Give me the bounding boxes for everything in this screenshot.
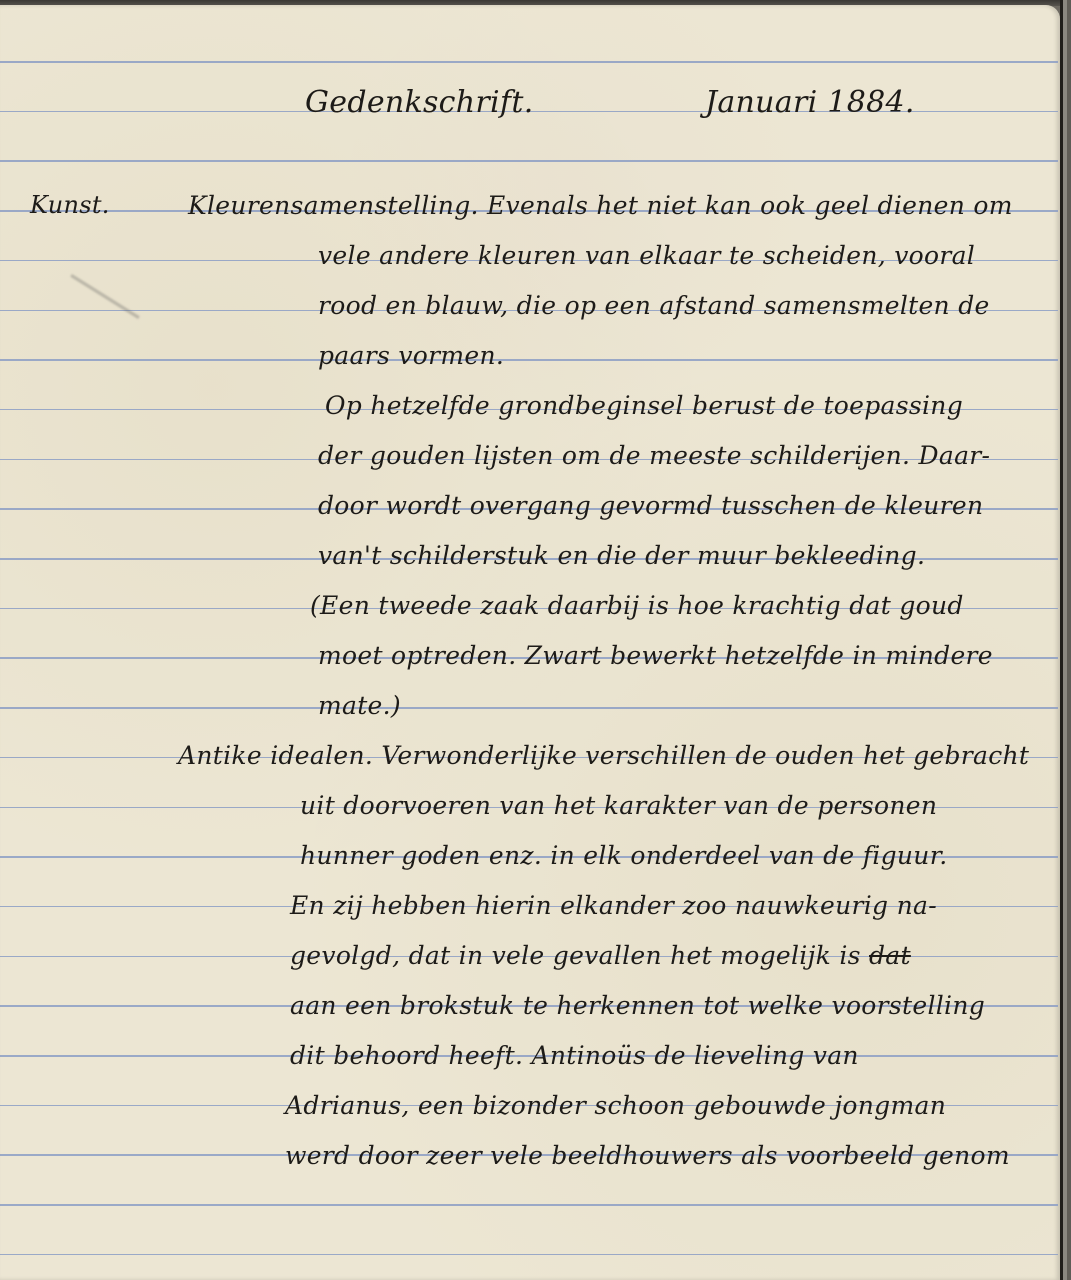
notebook-binding-edge xyxy=(1060,0,1071,1280)
text-line: uit doorvoeren van het karakter van de p… xyxy=(300,791,937,820)
ruled-line xyxy=(0,1204,1058,1206)
ruled-line xyxy=(0,1254,1058,1256)
text-line: Adrianus, een bizonder schoon gebouwde j… xyxy=(285,1091,946,1120)
ruled-line xyxy=(0,707,1058,709)
ruled-line xyxy=(0,61,1058,63)
text-line: van't schilderstuk en die der muur bekle… xyxy=(318,541,925,570)
text-line: Kleurensamenstelling. Evenals het niet k… xyxy=(188,191,1013,220)
pencil-smudge xyxy=(70,274,139,319)
text-line: der gouden lijsten om de meeste schilder… xyxy=(318,441,990,470)
text-line: door wordt overgang gevormd tusschen de … xyxy=(318,491,983,520)
text-line-body: gevolgd, dat in vele gevallen het mogeli… xyxy=(290,941,861,970)
text-line: rood en blauw, die op een afstand samens… xyxy=(318,291,990,320)
page-title: Gedenkschrift. xyxy=(305,85,534,120)
notebook-page: Gedenkschrift. Januari 1884. Kunst. Kleu… xyxy=(0,5,1060,1280)
text-line: Antike idealen. Verwonderlijke verschill… xyxy=(178,741,1029,770)
text-line: moet optreden. Zwart bewerkt hetzelfde i… xyxy=(318,641,993,670)
text-line: vele andere kleuren van elkaar te scheid… xyxy=(318,241,975,270)
struck-word: dat xyxy=(869,941,911,970)
text-line: paars vormen. xyxy=(318,341,504,370)
margin-label-kunst: Kunst. xyxy=(30,191,110,219)
text-line: dit behoord heeft. Antinoüs de lieveling… xyxy=(290,1041,859,1070)
text-line: hunner goden enz. in elk onderdeel van d… xyxy=(300,841,947,870)
text-line: mate.) xyxy=(318,691,401,720)
ruled-line xyxy=(0,160,1058,162)
text-line: aan een brokstuk te herkennen tot welke … xyxy=(290,991,985,1020)
text-line: En zij hebben hierin elkander zoo nauwke… xyxy=(290,891,937,920)
text-line: (Een tweede zaak daarbij is hoe krachtig… xyxy=(310,591,964,620)
ruled-line xyxy=(0,359,1058,361)
page-date: Januari 1884. xyxy=(705,85,915,120)
text-line: Op hetzelfde grondbeginsel berust de toe… xyxy=(325,391,963,420)
text-line: gevolgd, dat in vele gevallen het mogeli… xyxy=(290,941,911,970)
text-line: werd door zeer vele beeldhouwers als voo… xyxy=(285,1141,1010,1170)
